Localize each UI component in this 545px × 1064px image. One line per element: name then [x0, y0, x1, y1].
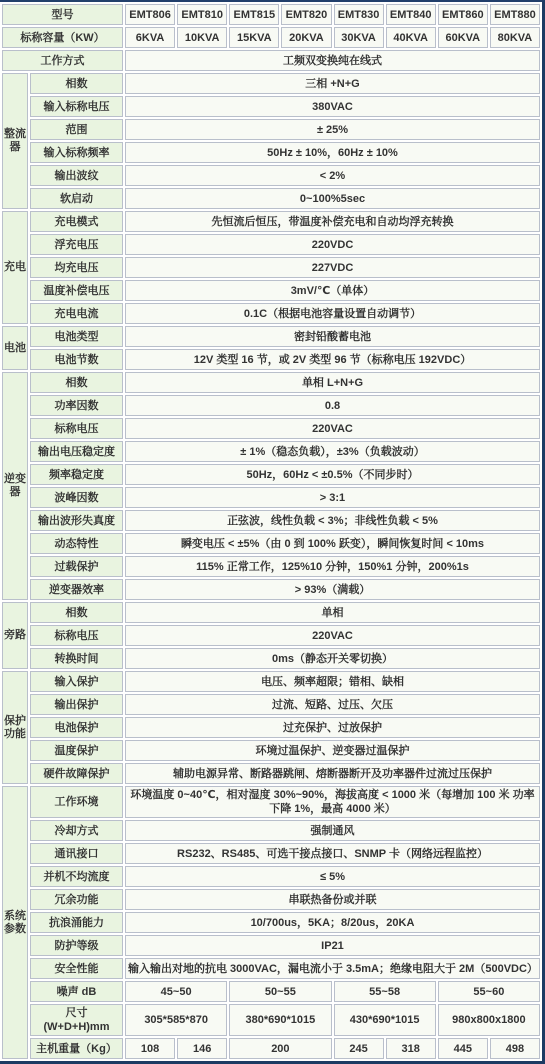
- spec-row: 输出波纹 < 2%: [2, 165, 540, 186]
- spec-row: 输出波形失真度 正弦波，线性负载 < 3%；非线性负载 < 5%: [2, 510, 540, 531]
- spec-sheet: 型号 EMT806 EMT810 EMT815 EMT820 EMT830 EM…: [0, 0, 545, 1064]
- model-name: EMT806: [125, 4, 175, 25]
- spec-row: 保护功能 输入保护 电压、频率超限；错相、缺相: [2, 671, 540, 692]
- row-label: 转换时间: [30, 648, 123, 669]
- spec-row: 功率因数 0.8: [2, 395, 540, 416]
- row-label: 并机不均流度: [30, 866, 123, 887]
- dimension-value: 380*690*1015: [229, 1004, 331, 1036]
- row-label: 标称容量（KW）: [2, 27, 123, 48]
- weight-row: 主机重量（Kg） 108 146 200 245 318 445 498: [2, 1038, 540, 1059]
- row-value: IP21: [125, 935, 540, 956]
- row-value: 227VDC: [125, 257, 540, 278]
- row-label: 冷却方式: [30, 820, 123, 841]
- model-name: EMT880: [490, 4, 540, 25]
- row-label: 输出波纹: [30, 165, 123, 186]
- row-label: 范围: [30, 119, 123, 140]
- row-label: 相数: [30, 602, 123, 623]
- spec-row: 通讯接口 RS232、RS485、可选干接点接口、SNMP 卡（网络远程监控）: [2, 843, 540, 864]
- row-value: 0.1C（根据电池容量设置自动调节）: [125, 303, 540, 324]
- row-label: 相数: [30, 372, 123, 393]
- row-value: 过流、短路、过压、欠压: [125, 694, 540, 715]
- spec-row: 安全性能 输入输出对地的抗电 3000VAC，漏电流小于 3.5mA；绝缘电阻大…: [2, 958, 540, 979]
- row-value: 220VAC: [125, 418, 540, 439]
- capacity-value: 60KVA: [438, 27, 488, 48]
- spec-row: 标称电压 220VAC: [2, 418, 540, 439]
- row-label: 输出波形失真度: [30, 510, 123, 531]
- row-value: 电压、频率超限；错相、缺相: [125, 671, 540, 692]
- section-label-rectifier: 整流器: [2, 73, 28, 209]
- spec-row: 系统参数 工作环境 环境温度 0~40℃，相对湿度 30%~90%，海拔高度 <…: [2, 786, 540, 818]
- row-value: 瞬变电压 < ±5%（由 0 到 100% 跃变），瞬间恢复时间 < 10ms: [125, 533, 540, 554]
- row-value: 密封铅酸蓄电池: [125, 326, 540, 347]
- row-label: 工作环境: [30, 786, 123, 818]
- row-value: 220VDC: [125, 234, 540, 255]
- model-name: EMT820: [281, 4, 331, 25]
- model-row-label: 型号: [2, 4, 123, 25]
- row-label: 温度保护: [30, 740, 123, 761]
- workmode-row: 工作方式 工频双变换纯在线式: [2, 50, 540, 71]
- weight-value: 498: [490, 1038, 540, 1059]
- spec-row: 冗余功能 串联热备份或并联: [2, 889, 540, 910]
- section-label-inverter: 逆变器: [2, 372, 28, 600]
- spec-row: 抗浪涌能力 10/700us，5KA；8/20us，20KA: [2, 912, 540, 933]
- row-label: 温度补偿电压: [30, 280, 123, 301]
- row-label: 波峰因数: [30, 487, 123, 508]
- row-value: 辅助电源异常、断路器跳闸、熔断器断开及功率器件过流过压保护: [125, 763, 540, 784]
- row-label: 标称电压: [30, 625, 123, 646]
- dimension-value: 305*585*870: [125, 1004, 227, 1036]
- model-header-row: 型号 EMT806 EMT810 EMT815 EMT820 EMT830 EM…: [2, 4, 540, 25]
- row-value: 380VAC: [125, 96, 540, 117]
- dimension-value: 430*690*1015: [334, 1004, 436, 1036]
- spec-row: 软启动 0~100%5sec: [2, 188, 540, 209]
- model-name: EMT860: [438, 4, 488, 25]
- row-value: 单相 L+N+G: [125, 372, 540, 393]
- row-label: 抗浪涌能力: [30, 912, 123, 933]
- row-label: 逆变器效率: [30, 579, 123, 600]
- spec-row: 整流器 相数 三相 +N+G: [2, 73, 540, 94]
- spec-row: 充电电流 0.1C（根据电池容量设置自动调节）: [2, 303, 540, 324]
- row-value: 输入输出对地的抗电 3000VAC，漏电流小于 3.5mA；绝缘电阻大于 2M（…: [125, 958, 540, 979]
- row-label: 功率因数: [30, 395, 123, 416]
- weight-value: 146: [177, 1038, 227, 1059]
- row-value: 强制通风: [125, 820, 540, 841]
- row-label: 充电电流: [30, 303, 123, 324]
- spec-row: 电池保护 过充保护、过放保护: [2, 717, 540, 738]
- row-value: 0ms（静态开关零切换）: [125, 648, 540, 669]
- row-label: 均充电压: [30, 257, 123, 278]
- row-value: 正弦波，线性负载 < 3%；非线性负载 < 5%: [125, 510, 540, 531]
- noise-value: 55~60: [438, 981, 540, 1002]
- row-value: 过充保护、过放保护: [125, 717, 540, 738]
- row-value: 50Hz ± 10%，60Hz ± 10%: [125, 142, 540, 163]
- spec-row: 电池节数 12V 类型 16 节，或 2V 类型 96 节（标称电压 192VD…: [2, 349, 540, 370]
- row-label: 输出保护: [30, 694, 123, 715]
- model-name: EMT810: [177, 4, 227, 25]
- dimensions-row: 尺寸(W+D+H)mm 305*585*870 380*690*1015 430…: [2, 1004, 540, 1036]
- spec-row: 标称电压 220VAC: [2, 625, 540, 646]
- row-value: 0~100%5sec: [125, 188, 540, 209]
- row-value: 220VAC: [125, 625, 540, 646]
- capacity-value: 6KVA: [125, 27, 175, 48]
- row-value: 0.8: [125, 395, 540, 416]
- row-value: 串联热备份或并联: [125, 889, 540, 910]
- section-label-battery: 电池: [2, 326, 28, 370]
- row-value: ± 25%: [125, 119, 540, 140]
- weight-value: 318: [386, 1038, 436, 1059]
- section-label-protection: 保护功能: [2, 671, 28, 784]
- row-label: 防护等级: [30, 935, 123, 956]
- spec-row: 均充电压 227VDC: [2, 257, 540, 278]
- row-label: 输入保护: [30, 671, 123, 692]
- row-value: > 3:1: [125, 487, 540, 508]
- capacity-value: 20KVA: [281, 27, 331, 48]
- row-label: 过载保护: [30, 556, 123, 577]
- noise-value: 45~50: [125, 981, 227, 1002]
- row-value: RS232、RS485、可选干接点接口、SNMP 卡（网络远程监控）: [125, 843, 540, 864]
- row-label: 尺寸(W+D+H)mm: [30, 1004, 123, 1036]
- section-label-bypass: 旁路: [2, 602, 28, 669]
- row-value: 工频双变换纯在线式: [125, 50, 540, 71]
- spec-row: 并机不均流度 ≤ 5%: [2, 866, 540, 887]
- ups-spec-table: 型号 EMT806 EMT810 EMT815 EMT820 EMT830 EM…: [0, 2, 542, 1061]
- capacity-value: 15KVA: [229, 27, 279, 48]
- row-label: 浮充电压: [30, 234, 123, 255]
- row-label: 动态特性: [30, 533, 123, 554]
- row-label: 冗余功能: [30, 889, 123, 910]
- row-label: 通讯接口: [30, 843, 123, 864]
- spec-row: 范围 ± 25%: [2, 119, 540, 140]
- capacity-value: 40KVA: [386, 27, 436, 48]
- row-value: 单相: [125, 602, 540, 623]
- noise-value: 55~58: [334, 981, 436, 1002]
- row-label: 主机重量（Kg）: [30, 1038, 123, 1059]
- row-label: 电池类型: [30, 326, 123, 347]
- capacity-value: 30KVA: [334, 27, 384, 48]
- row-value: 环境过温保护、逆变器过温保护: [125, 740, 540, 761]
- row-label: 相数: [30, 73, 123, 94]
- section-label-system: 系统参数: [2, 786, 28, 1059]
- row-value: 115% 正常工作，125%10 分钟，150%1 分钟，200%1s: [125, 556, 540, 577]
- spec-row: 充电 充电模式 先恒流后恒压，带温度补偿充电和自动均浮充转换: [2, 211, 540, 232]
- row-value: 环境温度 0~40℃，相对湿度 30%~90%，海拔高度 < 1000 米（每增…: [125, 786, 540, 818]
- spec-row: 转换时间 0ms（静态开关零切换）: [2, 648, 540, 669]
- spec-row: 冷却方式 强制通风: [2, 820, 540, 841]
- weight-value: 245: [334, 1038, 384, 1059]
- spec-row: 电池 电池类型 密封铅酸蓄电池: [2, 326, 540, 347]
- spec-row: 输入标称电压 380VAC: [2, 96, 540, 117]
- capacity-value: 80KVA: [490, 27, 540, 48]
- row-value: ± 1%（稳态负载），±3%（负载波动）: [125, 441, 540, 462]
- row-value: 3mV/℃（单体）: [125, 280, 540, 301]
- row-label: 软启动: [30, 188, 123, 209]
- row-label: 输入标称电压: [30, 96, 123, 117]
- weight-value: 108: [125, 1038, 175, 1059]
- spec-row: 逆变器效率 > 93%（满载）: [2, 579, 540, 600]
- model-name: EMT840: [386, 4, 436, 25]
- row-value: ≤ 5%: [125, 866, 540, 887]
- spec-row: 防护等级 IP21: [2, 935, 540, 956]
- row-value: > 93%（满载）: [125, 579, 540, 600]
- spec-row: 硬件故障保护 辅助电源异常、断路器跳闸、熔断器断开及功率器件过流过压保护: [2, 763, 540, 784]
- noise-value: 50~55: [229, 981, 331, 1002]
- dimension-value: 980x800x1800: [438, 1004, 540, 1036]
- capacity-value: 10KVA: [177, 27, 227, 48]
- spec-row: 过载保护 115% 正常工作，125%10 分钟，150%1 分钟，200%1s: [2, 556, 540, 577]
- row-label: 标称电压: [30, 418, 123, 439]
- spec-row: 旁路 相数 单相: [2, 602, 540, 623]
- row-label: 硬件故障保护: [30, 763, 123, 784]
- row-value: 12V 类型 16 节，或 2V 类型 96 节（标称电压 192VDC）: [125, 349, 540, 370]
- model-name: EMT830: [334, 4, 384, 25]
- spec-row: 逆变器 相数 单相 L+N+G: [2, 372, 540, 393]
- row-label: 噪声 dB: [30, 981, 123, 1002]
- row-label: 电池保护: [30, 717, 123, 738]
- spec-row: 频率稳定度 50Hz，60Hz < ±0.5%（不同步时）: [2, 464, 540, 485]
- capacity-row: 标称容量（KW） 6KVA 10KVA 15KVA 20KVA 30KVA 40…: [2, 27, 540, 48]
- row-label: 电池节数: [30, 349, 123, 370]
- weight-value: 200: [229, 1038, 331, 1059]
- row-label: 充电模式: [30, 211, 123, 232]
- row-label: 输出电压稳定度: [30, 441, 123, 462]
- spec-row: 温度保护 环境过温保护、逆变器过温保护: [2, 740, 540, 761]
- row-label: 工作方式: [2, 50, 123, 71]
- row-value: 50Hz，60Hz < ±0.5%（不同步时）: [125, 464, 540, 485]
- row-value: < 2%: [125, 165, 540, 186]
- row-label: 频率稳定度: [30, 464, 123, 485]
- spec-row: 动态特性 瞬变电压 < ±5%（由 0 到 100% 跃变），瞬间恢复时间 < …: [2, 533, 540, 554]
- spec-row: 输出保护 过流、短路、过压、欠压: [2, 694, 540, 715]
- section-label-charging: 充电: [2, 211, 28, 324]
- model-name: EMT815: [229, 4, 279, 25]
- weight-value: 445: [438, 1038, 488, 1059]
- row-value: 10/700us，5KA；8/20us，20KA: [125, 912, 540, 933]
- spec-row: 波峰因数 > 3:1: [2, 487, 540, 508]
- row-value: 三相 +N+G: [125, 73, 540, 94]
- spec-row: 输入标称频率 50Hz ± 10%，60Hz ± 10%: [2, 142, 540, 163]
- spec-row: 输出电压稳定度 ± 1%（稳态负载），±3%（负载波动）: [2, 441, 540, 462]
- spec-row: 温度补偿电压 3mV/℃（单体）: [2, 280, 540, 301]
- row-value: 先恒流后恒压，带温度补偿充电和自动均浮充转换: [125, 211, 540, 232]
- row-label: 输入标称频率: [30, 142, 123, 163]
- spec-row: 浮充电压 220VDC: [2, 234, 540, 255]
- row-label: 安全性能: [30, 958, 123, 979]
- noise-row: 噪声 dB 45~50 50~55 55~58 55~60: [2, 981, 540, 1002]
